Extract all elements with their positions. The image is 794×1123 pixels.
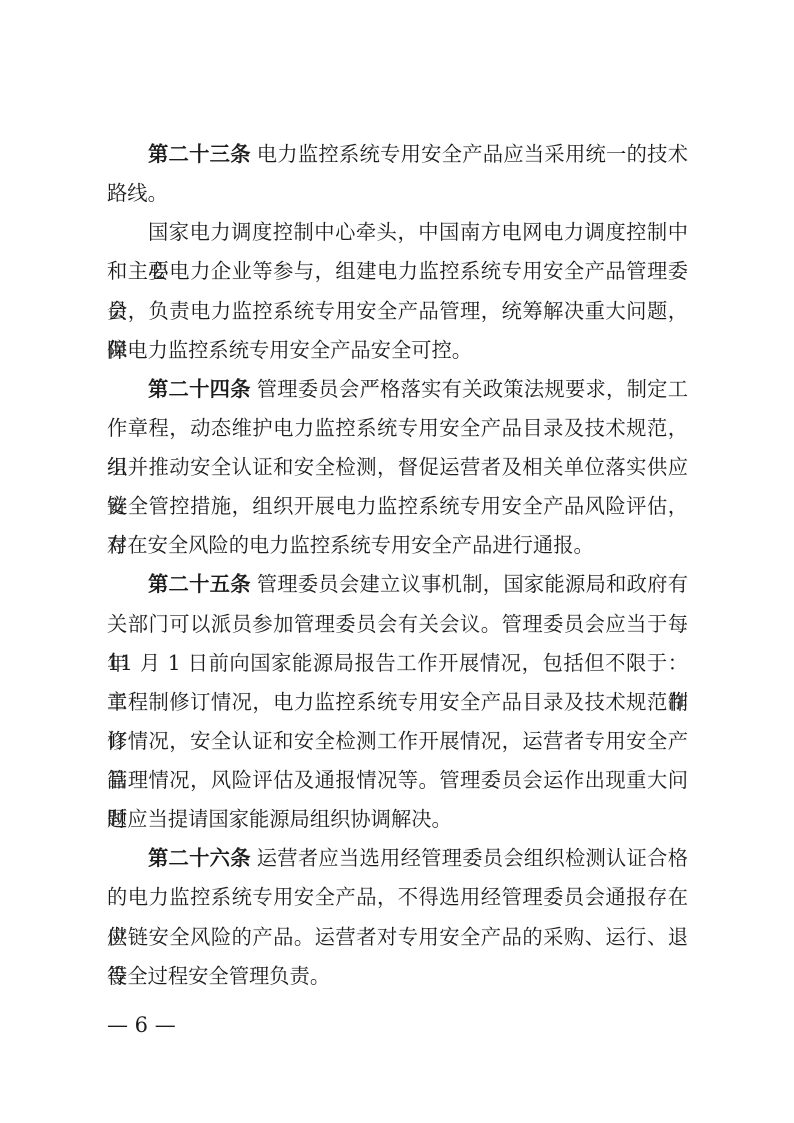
text-line: 订情况，安全认证和安全检测工作开展情况，运营者专用安全产品 xyxy=(107,722,688,761)
text-line: 安全管控措施，组织开展电力监控系统专用安全产品风险评估，对 xyxy=(107,487,688,526)
text-line: 第二十四条管理委员会严格落实有关政策法规要求，制定工 xyxy=(107,370,688,409)
text-line: 等全过程安全管理负责。 xyxy=(107,957,688,996)
text-line: 11 月 1 日前向国家能源局报告工作开展情况，包括但不限于：工作 xyxy=(107,644,688,683)
document-page: 第二十三条电力监控系统专用安全产品应当采用统一的技术 路线。 国家电力调度控制中… xyxy=(0,0,794,1123)
text-line: 第二十六条运营者应当选用经管理委员会组织检测认证合格 xyxy=(107,839,688,878)
paragraph: 第二十五条管理委员会建立议事机制，国家能源局和政府有 关部门可以派员参加管理委员… xyxy=(107,565,688,839)
article-heading: 第二十四条 xyxy=(148,377,251,401)
text-line: 国家电力调度控制中心牵头，中国南方电网电力调度控制中心 xyxy=(107,213,688,252)
article-text: 管理委员会严格落实有关政策法规要求，制定工 xyxy=(257,377,688,401)
text-line: 应链安全风险的产品。运营者对专用安全产品的采购、运行、退役 xyxy=(107,918,688,957)
text-line: 时应当提请国家能源局组织协调解决。 xyxy=(107,800,688,839)
paragraph: 国家电力调度控制中心牵头，中国南方电网电力调度控制中心 和主要电力企业等参与，组… xyxy=(107,213,688,370)
article-23: 第二十三条电力监控系统专用安全产品应当采用统一的技术 路线。 国家电力调度控制中… xyxy=(107,135,688,370)
text-line: 障电力监控系统专用安全产品安全可控。 xyxy=(107,331,688,370)
article-heading: 第二十三条 xyxy=(148,142,251,166)
text-line: 的电力监控系统专用安全产品，不得选用经管理委员会通报存在供 xyxy=(107,878,688,917)
article-text: 运营者应当选用经管理委员会组织检测认证合格 xyxy=(257,846,688,870)
article-26: 第二十六条运营者应当选用经管理委员会组织检测认证合格 的电力监控系统专用安全产品… xyxy=(107,839,688,996)
article-heading: 第二十五条 xyxy=(148,572,251,596)
text-line: 会，负责电力监控系统专用安全产品管理，统筹解决重大问题，保 xyxy=(107,292,688,331)
article-24: 第二十四条管理委员会严格落实有关政策法规要求，制定工 作章程，动态维护电力监控系… xyxy=(107,370,688,566)
text-line: 第二十三条电力监控系统专用安全产品应当采用统一的技术 xyxy=(107,135,688,174)
document-body: 第二十三条电力监控系统专用安全产品应当采用统一的技术 路线。 国家电力调度控制中… xyxy=(107,135,688,996)
text-line: 和主要电力企业等参与，组建电力监控系统专用安全产品管理委员 xyxy=(107,252,688,291)
article-text: 管理委员会建立议事机制，国家能源局和政府有 xyxy=(257,572,688,596)
article-text: 电力监控系统专用安全产品应当采用统一的技术 xyxy=(257,142,688,166)
page-number: — 6 — xyxy=(107,1012,176,1038)
article-25: 第二十五条管理委员会建立议事机制，国家能源局和政府有 关部门可以派员参加管理委员… xyxy=(107,565,688,839)
paragraph: 第二十六条运营者应当选用经管理委员会组织检测认证合格 的电力监控系统专用安全产品… xyxy=(107,839,688,996)
text-line: 管理情况，风险评估及通报情况等。管理委员会运作出现重大问题 xyxy=(107,761,688,800)
text-line: 关部门可以派员参加管理委员会有关会议。管理委员会应当于每年 xyxy=(107,605,688,644)
text-line: 章程制修订情况，电力监控系统专用安全产品目录及技术规范制修 xyxy=(107,683,688,722)
paragraph: 第二十三条电力监控系统专用安全产品应当采用统一的技术 路线。 xyxy=(107,135,688,213)
text-line: 第二十五条管理委员会建立议事机制，国家能源局和政府有 xyxy=(107,565,688,604)
text-line: 作章程，动态维护电力监控系统专用安全产品目录及技术规范，组 xyxy=(107,409,688,448)
text-line: 织并推动安全认证和安全检测，督促运营者及相关单位落实供应链 xyxy=(107,448,688,487)
paragraph: 第二十四条管理委员会严格落实有关政策法规要求，制定工 作章程，动态维护电力监控系… xyxy=(107,370,688,566)
text-line: 路线。 xyxy=(107,174,688,213)
text-line: 存在安全风险的电力监控系统专用安全产品进行通报。 xyxy=(107,526,688,565)
article-heading: 第二十六条 xyxy=(148,846,251,870)
